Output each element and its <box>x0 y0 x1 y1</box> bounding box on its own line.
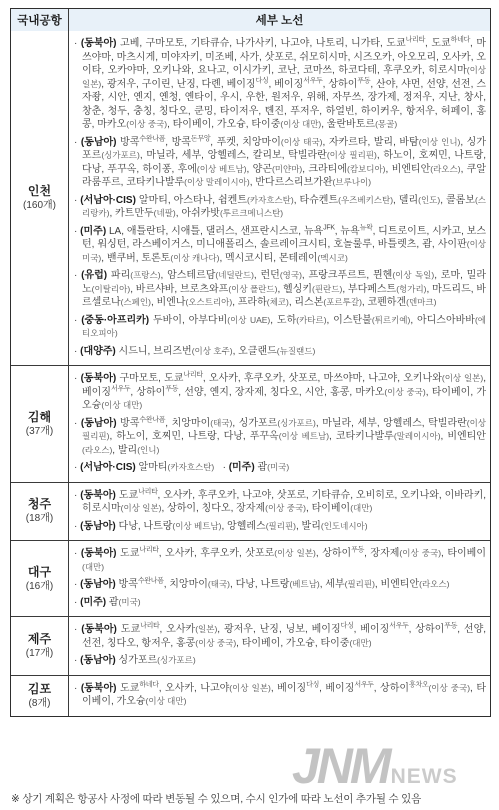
city-list-text: 파리 <box>111 270 130 281</box>
airport-row: 인천(160개)· (동북아) 고베, 구마모토, 기타큐슈, 나가사키, 나고… <box>11 31 490 365</box>
region-label: (동북아) <box>81 373 117 384</box>
city-list-text: , 울란바토르 <box>321 119 375 130</box>
country-note: (이상 캐나다) <box>170 253 219 263</box>
route-paragraph: · (서남아·CIS) 알마티, 아스타나, 쉼켄트(카자흐스탄), 타슈켄트(… <box>74 194 486 221</box>
footnote: ※ 상기 계획은 항공사 사정에 따라 변동될 수 있으며, 수시 인가에 따라… <box>11 791 493 806</box>
route-paragraph: · (대양주) 시드니, 브리즈번(이상 호주), 오클랜드(뉴질랜드) <box>74 345 486 359</box>
region-label: (서남아·CIS) <box>80 195 136 206</box>
airport-row: 청주(18개)· (동북아) 도쿄나리타, 오사카, 후쿠오카, 나고야, 삿포… <box>11 482 490 541</box>
route-paragraph: · (중동·아프리카) 두바이, 아부다비(이상 UAE), 도하(카타르), … <box>74 314 486 341</box>
country-note: (태국) <box>210 418 232 428</box>
city-list-text: 도쿄 <box>121 624 140 635</box>
region-label: (서남아·CIS) <box>80 462 136 473</box>
airport-cell: 김해(37개) <box>11 366 69 482</box>
terminal-superscript: 나리타 <box>140 623 159 630</box>
route-paragraph: · (동남아) 방콕수완나폼, 치앙마이(태국), 다낭, 나트랑(베트남), … <box>74 578 486 592</box>
routes-cell: · (동북아) 도쿄하네다, 오사카, 나고야(이상 일본), 베이징다싱, 베… <box>69 676 490 716</box>
airport-cell: 청주(18개) <box>11 483 69 541</box>
city-list-text: , 비엔티안 <box>386 164 431 175</box>
country-note: (뉴질랜드) <box>277 346 316 356</box>
country-note: (이상 일본) <box>121 503 162 513</box>
city-list-text: , 푸켓, 치앙마이 <box>210 137 281 148</box>
country-note: (대만) <box>350 503 372 513</box>
airport-name: 김해 <box>28 410 51 425</box>
city-list-text: 시드니, 브리즈번 <box>119 346 192 357</box>
country-note: (영국) <box>280 270 302 280</box>
route-paragraph: · (미주) 괌(미국) <box>74 596 486 610</box>
country-note: (싱가포르) <box>277 418 316 428</box>
city-list-text: 괌 <box>255 462 267 473</box>
country-note: (이상 대만) <box>101 400 142 410</box>
country-note: (이상 중국) <box>195 638 236 648</box>
city-list-text: , 마닐라, 세부, 앙헬레스, 탁빌라란 <box>316 418 467 429</box>
routes-cell: · (동북아) 고베, 구마모토, 기타큐슈, 나가사키, 나고야, 나토리, … <box>69 31 490 365</box>
city-list-text: , 광저우, 구이린, 난징, 다롄, 베이징 <box>101 79 255 90</box>
country-note: (프랑스) <box>130 270 160 280</box>
city-list-text: , 아디스아바바 <box>410 315 475 326</box>
city-list-text: , 타이베이 <box>306 503 350 514</box>
country-note: (필리핀) <box>345 579 375 589</box>
airport-row: 김해(37개)· (동북아) 구마모토, 도쿄나리타, 오사카, 후쿠오카, 삿… <box>11 365 490 482</box>
city-list-text: , 오사카, 후쿠오카, 삿포로 <box>159 548 275 559</box>
watermark: JNM NEWS <box>292 742 458 790</box>
city-list-text: , 비엔티안 <box>375 579 419 590</box>
city-list-text: , 암스테르담 <box>161 270 216 281</box>
country-note: (필리핀) <box>266 521 296 531</box>
country-note: (라오스) <box>430 164 460 174</box>
country-note: (몽골) <box>375 119 397 129</box>
header-cell-airport: 국내공항 <box>11 9 69 31</box>
city-list-text: , 베이징 <box>271 683 306 694</box>
region-label: (동북아) <box>80 490 116 501</box>
city-list-text: , 오사카, 나고야 <box>159 683 230 694</box>
city-list-text: , 베이징 <box>319 683 354 694</box>
city-list-text: , 상하이 <box>409 624 445 635</box>
table-body: 인천(160개)· (동북아) 고베, 구마모토, 기타큐슈, 나가사키, 나고… <box>11 31 490 716</box>
city-list-text: , 세부 <box>320 579 345 590</box>
city-list-text: , 상하이 <box>130 387 165 398</box>
routes-cell: · (동북아) 도쿄나리타, 오사카, 후쿠오카, 나고야, 삿포로, 기타큐슈… <box>69 483 490 541</box>
city-list-text: , 오사카 <box>160 624 196 635</box>
city-list-text: , 런던 <box>254 270 280 281</box>
airport-row: 제주(17개)· (동북아) 도쿄나리타, 오사카(일본), 광저우, 난징, … <box>11 616 490 675</box>
country-note: (대만) <box>82 562 104 572</box>
terminal-superscript: 나리타 <box>183 372 202 379</box>
city-list-text: , 오클랜드 <box>233 346 277 357</box>
country-note: (이상 중국) <box>384 387 425 397</box>
city-list-text: · <box>214 462 228 473</box>
city-list-text: , 타슈켄트 <box>294 195 338 206</box>
terminal-superscript: 훙차오 <box>409 681 428 688</box>
terminal-superscript: 돈무앙 <box>191 135 210 142</box>
city-list-text: , 이스탄불 <box>327 315 372 326</box>
country-note: (체코) <box>267 297 289 307</box>
route-paragraph: · (동남아) 방콕수완나폼, 치앙마이(태국), 싱가포르(싱가포르), 마닐… <box>74 417 486 458</box>
airport-name: 제주 <box>28 632 51 647</box>
airport-cell: 대구(16개) <box>11 541 69 616</box>
city-list-text: , 상하이 <box>316 548 351 559</box>
country-note: (이상 중국) <box>428 683 470 693</box>
route-paragraph: · (동북아) 도쿄나리타, 오사카(일본), 광저우, 난징, 닝보, 베이징… <box>74 623 486 650</box>
terminal-superscript: 푸동 <box>165 385 178 392</box>
country-note: (싱가포르) <box>101 150 140 160</box>
city-list-text: , 콜롬보 <box>440 195 475 206</box>
terminal-superscript: 푸동 <box>444 623 457 630</box>
city-list-text: , 코타키나발루 <box>329 431 394 442</box>
country-note: (이상 말레이시아) <box>184 177 250 187</box>
city-list-text: , 리스본 <box>289 297 324 308</box>
city-list-text: , 앙헬레스 <box>221 521 265 532</box>
city-list-text: , 베이징 <box>269 79 304 90</box>
country-note: (라오스) <box>419 579 449 589</box>
city-list-text: , 다낭, 나트랑 <box>230 579 289 590</box>
terminal-superscript: 푸동 <box>357 77 370 84</box>
country-note: (이상 필리핀) <box>327 150 377 160</box>
country-note: (네팔) <box>154 208 176 218</box>
country-note: (인도네시아) <box>321 521 368 531</box>
route-paragraph: · (동북아) 도쿄나리타, 오사카, 후쿠오카, 나고야, 삿포로, 기타큐슈… <box>74 489 486 516</box>
header-cell-routes: 세부 노선 <box>69 9 490 31</box>
country-note: (투르크메니스탄) <box>220 208 283 218</box>
country-note: (베트남) <box>289 579 319 589</box>
terminal-superscript: 다싱 <box>306 681 319 688</box>
terminal-superscript: 하네다 <box>451 37 470 44</box>
route-paragraph: · (동북아) 도쿄나리타, 오사카, 후쿠오카, 삿포로(이상 일본), 상하… <box>74 547 486 574</box>
terminal-superscript: 나리타 <box>406 37 425 44</box>
region-label: (동남아) <box>81 137 117 148</box>
city-list-text: 고베, 구마모토, 기타큐슈, 나가사키, 나고야, 나토리, 니가타, 도쿄 <box>120 38 406 49</box>
city-list-text: 도쿄 <box>120 548 139 559</box>
city-list-text: , 도쿄 <box>425 38 451 49</box>
city-list-text: , 상하이, 칭다오, 장자제 <box>162 503 266 514</box>
city-list-text: , 발리 <box>296 521 321 532</box>
city-list-text: , 베이징 <box>354 624 390 635</box>
airport-row: 김포(8개)· (동북아) 도쿄하네다, 오사카, 나고야(이상 일본), 베이… <box>11 675 490 716</box>
terminal-superscript: 다싱 <box>341 623 354 630</box>
city-list-text: LA, 애틀란타, 시애틀, 댈러스, 샌프란시스코, 뉴욕 <box>109 226 323 237</box>
region-label: (동북아) <box>81 683 117 694</box>
country-note: (오스트리아) <box>185 297 232 307</box>
city-list-text: , 헬싱키 <box>277 284 312 295</box>
terminal-superscript: 나리타 <box>138 488 157 495</box>
city-list-text: 방콕 <box>120 137 139 148</box>
country-note: (일본) <box>195 624 217 634</box>
country-note: (이상 중국) <box>126 119 167 129</box>
city-list-text: 방콕 <box>120 418 139 429</box>
city-list-text: 방콕 <box>119 579 138 590</box>
airport-route-count: (37개) <box>26 425 53 438</box>
country-note: (이상 독일) <box>392 270 434 280</box>
terminal-superscript: 서우두 <box>303 77 322 84</box>
route-paragraph: · (유럽) 파리(프랑스), 암스테르담(네덜란드), 런던(영국), 프랑크… <box>74 269 486 310</box>
terminal-superscript: 하네다 <box>139 681 158 688</box>
airport-name: 인천 <box>28 184 51 199</box>
airport-route-count: (160개) <box>23 199 56 212</box>
airport-row: 대구(16개)· (동북아) 도쿄나리타, 오사카, 후쿠오카, 삿포로(이상 … <box>11 540 490 616</box>
country-note: (브루나이) <box>333 177 372 187</box>
country-note: (이상 베트남) <box>197 164 247 174</box>
airport-name: 청주 <box>28 497 51 512</box>
routes-cell: · (동북아) 도쿄나리타, 오사카(일본), 광저우, 난징, 닝보, 베이징… <box>69 617 490 675</box>
routes-cell: · (동북아) 구마모토, 도쿄나리타, 오사카, 후쿠오카, 삿포로, 마쓰야… <box>69 366 490 482</box>
terminal-superscript: 서우두 <box>389 623 408 630</box>
country-note: (이상 대만) <box>146 696 187 706</box>
city-list-text: , 타이베이, 가오슝, 타이중 <box>236 638 349 649</box>
route-paragraph: · (미주) LA, 애틀란타, 시애틀, 댈러스, 샌프란시스코, 뉴욕JFK… <box>74 225 486 266</box>
country-note: (이상 폴란드) <box>228 284 277 294</box>
country-note: (이상 베트남) <box>279 431 329 441</box>
route-paragraph: · (서남아·CIS) 알마티(카자흐스탄) · (미주) 괌(미국) <box>74 461 486 475</box>
airport-name: 대구 <box>28 565 51 580</box>
country-note: (핀란드) <box>312 284 342 294</box>
country-note: (태국) <box>208 579 230 589</box>
airport-route-count: (8개) <box>29 697 51 710</box>
country-note: (라오스) <box>82 445 112 455</box>
country-note: (인도) <box>418 195 440 205</box>
country-note: (튀르키예) <box>372 315 411 325</box>
airport-route-count: (16개) <box>26 580 53 593</box>
city-list-text: 알마티, 아스타나, 쉼켄트 <box>139 195 247 206</box>
routes-table: 국내공항 세부 노선 인천(160개)· (동북아) 고베, 구마모토, 기타큐… <box>10 8 491 717</box>
city-list-text: 구마모토, 도쿄 <box>119 373 183 384</box>
city-list-text: , 코펜하겐 <box>362 297 406 308</box>
terminal-superscript: 서우두 <box>354 681 373 688</box>
country-note: (캄보디아) <box>347 164 386 174</box>
city-list-text: , 비엔나 <box>151 297 186 308</box>
country-note: (이상 태국) <box>281 137 323 147</box>
route-paragraph: · (동남아) 방콕수완나폼, 방콕돈무앙, 푸켓, 치앙마이(이상 태국), … <box>74 136 486 190</box>
route-paragraph: · (동북아) 도쿄하네다, 오사카, 나고야(이상 일본), 베이징다싱, 베… <box>74 682 486 709</box>
city-list-text: , 프랑크푸르트, 뮌헨 <box>302 270 392 281</box>
city-list-text: , 밴쿠버, 토론토 <box>101 253 170 264</box>
region-label: (동남아) <box>80 579 116 590</box>
country-note: (네덜란드) <box>215 270 254 280</box>
country-note: (카자흐스탄) <box>247 195 294 205</box>
terminal-superscript: 다싱 <box>256 77 269 84</box>
country-note: (포르투갈) <box>323 297 362 307</box>
country-note: (이상 일본) <box>442 373 483 383</box>
city-list-text: , 싱가포르 <box>232 418 277 429</box>
airport-cell: 김포(8개) <box>11 676 69 716</box>
city-list-text: , 비엔티안 <box>441 431 486 442</box>
city-list-text: 두바이, 아부다비 <box>153 315 227 326</box>
table-header-row: 국내공항 세부 노선 <box>11 9 490 31</box>
city-list-text: , 카트만두 <box>109 208 153 219</box>
city-list-text: 다낭, 나트랑 <box>119 521 173 532</box>
city-list-text: , 델리 <box>393 195 418 206</box>
region-label: (동남아) <box>81 418 117 429</box>
country-note: (미얀마) <box>272 164 302 174</box>
city-list-text: , 타이베이, 가오슝, 타이중 <box>167 119 280 130</box>
routes-cell: · (동북아) 도쿄나리타, 오사카, 후쿠오카, 삿포로(이상 일본), 상하… <box>69 541 490 616</box>
country-note: (싱가포르) <box>157 655 196 665</box>
city-list-text: , 상하이 <box>374 683 409 694</box>
airport-name: 김포 <box>28 682 51 697</box>
city-list-text: , 부다페스트 <box>342 284 396 295</box>
city-list-text: , 치앙마이 <box>165 418 210 429</box>
route-paragraph: · (동남아) 싱가포르(싱가포르) <box>74 654 486 668</box>
terminal-superscript: JFK <box>323 224 335 231</box>
city-list-text: , 프라하 <box>232 297 267 308</box>
terminal-superscript: 푸동 <box>351 547 364 554</box>
country-note: (이상 중국) <box>399 548 441 558</box>
region-label: (미주) <box>80 226 106 237</box>
terminal-superscript: 수완나폼 <box>138 578 164 585</box>
city-list-text: , 크라티에 <box>302 164 347 175</box>
city-list-text: , 방콕 <box>165 137 191 148</box>
city-list-text: 도쿄 <box>120 683 139 694</box>
country-note: (미국) <box>119 597 141 607</box>
city-list-text: , 상하이 <box>323 79 358 90</box>
city-list-text: , 도하 <box>270 315 296 326</box>
city-list-text: , 바르샤바, 브로츠와프 <box>130 284 228 295</box>
airport-cell: 인천(160개) <box>11 31 69 365</box>
country-note: (이상 일본) <box>229 683 271 693</box>
route-paragraph: · (동남아) 다낭, 나트랑(이상 베트남), 앙헬레스(필리핀), 발리(인… <box>74 520 486 534</box>
country-note: (스페인) <box>121 297 151 307</box>
watermark-logo-sub: NEWS <box>391 764 458 790</box>
airport-route-count: (18개) <box>26 512 53 525</box>
country-note: (이상 중국) <box>265 503 306 513</box>
city-list-text: 괌 <box>109 597 119 608</box>
country-note: (카타르) <box>296 315 326 325</box>
region-label: (미주) <box>229 462 255 473</box>
region-label: (중동·아프리카) <box>81 315 149 326</box>
region-label: (유럽) <box>81 270 107 281</box>
country-note: (인니) <box>137 445 159 455</box>
country-note: (이상 인니) <box>419 137 461 147</box>
city-list-text: , 멕시코시티, 몬테레이 <box>219 253 317 264</box>
country-note: (이상 일본) <box>274 548 316 558</box>
route-paragraph: · (동북아) 구마모토, 도쿄나리타, 오사카, 후쿠오카, 삿포로, 마쓰야… <box>74 372 486 413</box>
city-list-text: , 반다르스리브가완 <box>250 177 333 188</box>
city-list-text: , 선양, 옌지, 장자제, 칭다오, 시안, 홍콩, 마카오 <box>178 387 384 398</box>
city-list-text: , 치앙마이 <box>164 579 208 590</box>
country-note: (멕시코) <box>318 253 348 263</box>
terminal-superscript: 서우두 <box>111 385 130 392</box>
region-label: (동남아) <box>80 521 116 532</box>
city-list-text: , 아쉬카밧 <box>176 208 220 219</box>
city-list-text: , 광저우, 난징, 닝보, 베이징 <box>217 624 340 635</box>
country-note: (말레이시아) <box>394 431 441 441</box>
region-label: (대양주) <box>80 346 116 357</box>
region-label: (동북아) <box>81 38 117 49</box>
city-list-text: 알마티 <box>139 462 168 473</box>
city-list-text: , 발리 <box>112 445 137 456</box>
route-paragraph: · (동북아) 고베, 구마모토, 기타큐슈, 나가사키, 나고야, 나토리, … <box>74 37 486 132</box>
airport-cell: 제주(17개) <box>11 617 69 675</box>
region-label: (동북아) <box>81 624 117 635</box>
country-note: (우즈베키스탄) <box>338 195 393 205</box>
city-list-text: , 양곤 <box>247 164 272 175</box>
region-label: (미주) <box>80 597 106 608</box>
country-note: (헝가리) <box>396 284 426 294</box>
city-list-text: , 장자제 <box>364 548 399 559</box>
city-list-text: , 타이베이 <box>441 548 486 559</box>
terminal-superscript: 수완나폼 <box>139 416 165 423</box>
country-note: (덴마크) <box>406 297 436 307</box>
city-list-text: 싱가포르 <box>119 655 158 666</box>
city-list-text: , 오사카, 후쿠오카, 삿포로, 마쓰야마, 나고야, 오키나와 <box>203 373 442 384</box>
city-list-text: , 뉴욕 <box>335 226 360 237</box>
country-note: (이상 UAE) <box>227 315 270 325</box>
airport-route-count: (17개) <box>26 647 53 660</box>
region-label: (동북아) <box>81 548 117 559</box>
country-note: (이탈리아) <box>92 284 131 294</box>
country-note: (미국) <box>267 462 289 472</box>
country-note: (이상 호주) <box>192 346 233 356</box>
country-note: (이상 대만) <box>280 119 321 129</box>
country-note: (이상 베트남) <box>172 521 221 531</box>
terminal-superscript: 뉴왁 <box>360 224 373 231</box>
city-list-text: , 하노이, 호찌민, 나트랑, 다낭, 푸꾸옥 <box>109 431 278 442</box>
city-list-text: , 마닐라, 세부, 앙헬레스, 칼리보, 탁빌라란 <box>140 150 327 161</box>
country-note: (카자흐스탄) <box>168 462 215 472</box>
watermark-logo-main: JNM <box>292 742 389 790</box>
city-list-text: 도쿄 <box>119 490 138 501</box>
country-note: (대만) <box>349 638 371 648</box>
city-list-text: , 자카르타, 발리, 바탐 <box>323 137 419 148</box>
terminal-superscript: 수완나폼 <box>139 135 165 142</box>
terminal-superscript: 나리타 <box>139 547 158 554</box>
region-label: (동남아) <box>80 655 116 666</box>
